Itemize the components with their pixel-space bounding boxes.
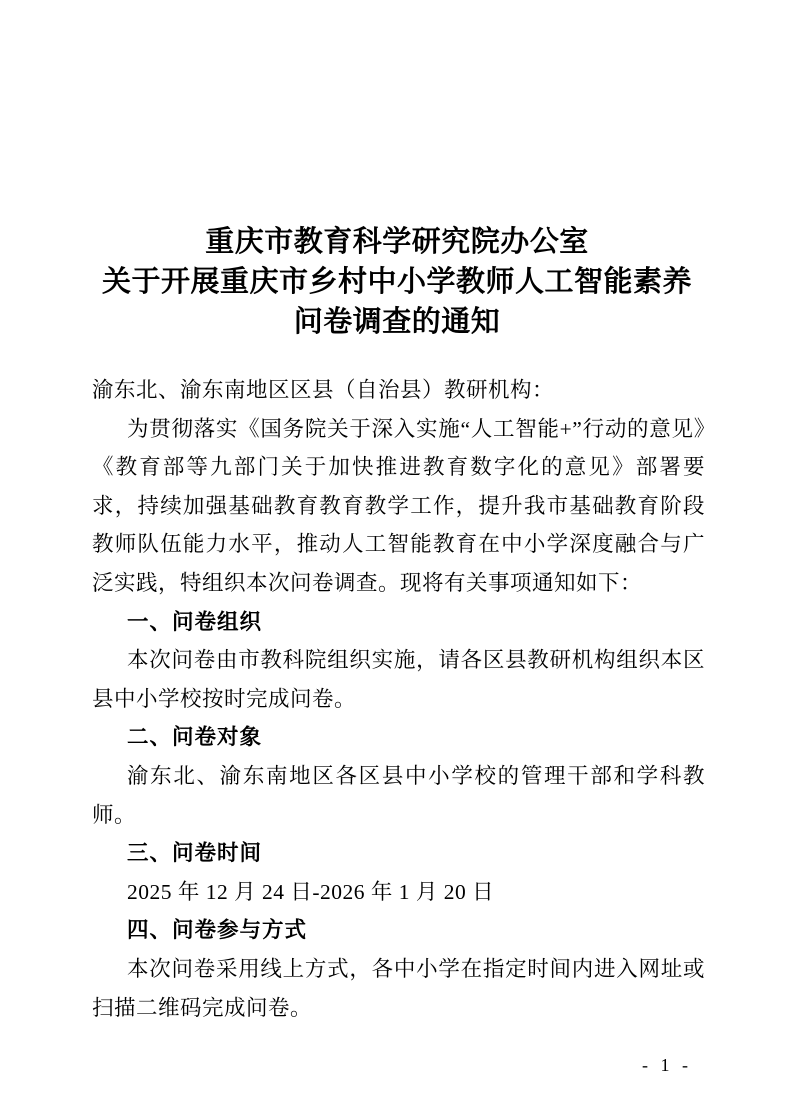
section-body-4: 本次问卷采用线上方式，各中小学在指定时间内进入网址或扫描二维码完成问卷。: [92, 950, 705, 1027]
page-number: - 1 -: [642, 1055, 692, 1076]
salutation: 渝东北、渝东南地区区县（自治县）教研机构：: [92, 371, 705, 410]
section-body-2: 渝东北、渝东南地区各区县中小学校的管理干部和学科教师。: [92, 757, 705, 834]
document-body: 渝东北、渝东南地区区县（自治县）教研机构： 为贯彻落实《国务院关于深入实施“人工…: [92, 371, 705, 1027]
section-heading-2: 二、问卷对象: [92, 718, 705, 757]
section-heading-4: 四、问卷参与方式: [92, 911, 705, 950]
section-body-1: 本次问卷由市教科院组织实施，请各区县教研机构组织本区县中小学校按时完成问卷。: [92, 641, 705, 718]
title-line-1: 重庆市教育科学研究院办公室: [60, 222, 734, 262]
section-heading-1: 一、问卷组织: [92, 603, 705, 642]
section-heading-3: 三、问卷时间: [92, 834, 705, 873]
intro-paragraph: 为贯彻落实《国务院关于深入实施“人工智能+”行动的意见》《教育部等九部门关于加快…: [92, 410, 705, 603]
document-page: 重庆市教育科学研究院办公室 关于开展重庆市乡村中小学教师人工智能素养 问卷调查的…: [0, 0, 794, 1108]
section-body-3: 2025 年 12 月 24 日-2026 年 1 月 20 日: [92, 873, 705, 912]
title-line-3: 问卷调查的通知: [60, 302, 734, 342]
document-title: 重庆市教育科学研究院办公室 关于开展重庆市乡村中小学教师人工智能素养 问卷调查的…: [60, 222, 734, 342]
title-line-2: 关于开展重庆市乡村中小学教师人工智能素养: [60, 262, 734, 302]
